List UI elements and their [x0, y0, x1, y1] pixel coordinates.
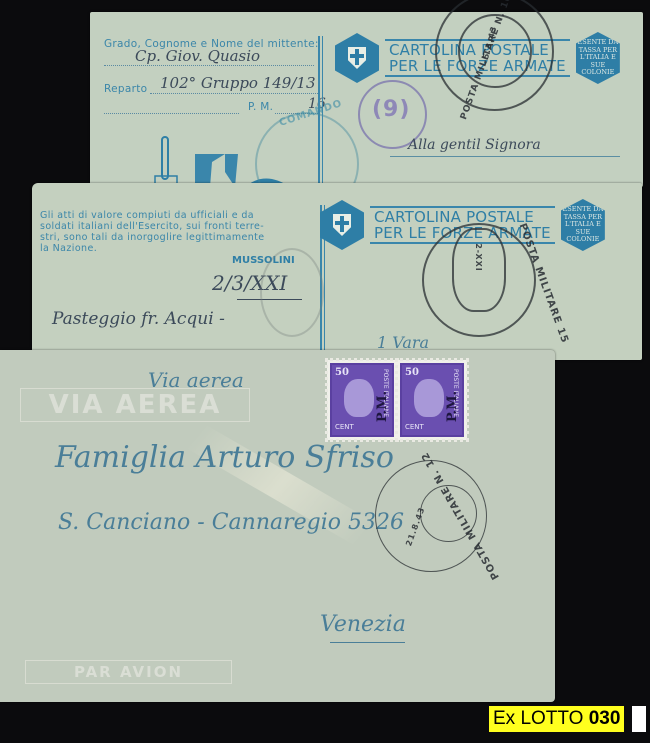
recipient-name: Famiglia Arturo Sfriso — [55, 440, 394, 475]
address-line-1 — [390, 156, 620, 157]
recipient-line: Alla gentil Signora — [408, 137, 541, 153]
lot-label: Ex LOTTO 030 — [489, 706, 624, 732]
lot-label-edge — [632, 706, 646, 732]
tax-exempt-badge: ESENTE DA TASSA PER L'ITALIA E SUE COLON… — [561, 199, 605, 251]
airmail-banner-bottom: PAR AVION — [25, 660, 232, 684]
recipient-street: S. Canciano - Cannaregio 5326 — [58, 510, 404, 535]
city-underline — [330, 642, 405, 643]
reparto-dotline — [150, 93, 320, 94]
savoy-crest-icon — [320, 200, 364, 250]
sender-value: Cp. Giov. Quasio — [135, 47, 260, 65]
postcard-middle: Gli atti di valore compiuti da ufficiali… — [32, 183, 642, 360]
recipient-city: Venezia — [320, 612, 406, 637]
postmark-date: 2-XXI — [474, 243, 483, 272]
sender-dotline — [104, 65, 314, 66]
reparto-value: 102° Gruppo 149/13 — [160, 74, 316, 92]
airmail-envelope: VIA AEREA PAR AVION Via aerea 50 CENT PO… — [0, 350, 555, 702]
tax-exempt-badge: ESENTE DA TASSA PER L'ITALIA E SUE COLON… — [576, 32, 620, 84]
postcard-top: Grado, Cognome e Nome del mittente: Cp. … — [90, 12, 643, 187]
routing-note: Via aerea — [148, 368, 244, 392]
savoy-crest-icon — [335, 33, 379, 83]
censor-mark: (9) — [372, 97, 410, 122]
postage-stamp-1: 50 CENT POSTE ITALIANE P.M. — [327, 360, 397, 440]
reparto-label: Reparto — [104, 83, 147, 95]
pm-label: P. M. — [248, 101, 273, 113]
pm-dotline-left — [104, 113, 239, 114]
faint-postmark — [260, 248, 324, 337]
airmail-banner-top: VIA AEREA — [20, 388, 250, 422]
message-text: Pasteggio fr. Acqui - — [52, 309, 225, 329]
postage-stamp-2: 50 CENT POSTE ITALIANE P.M. — [397, 360, 467, 440]
mussolini-quote: Gli atti di valore compiuti da ufficiali… — [40, 210, 265, 254]
